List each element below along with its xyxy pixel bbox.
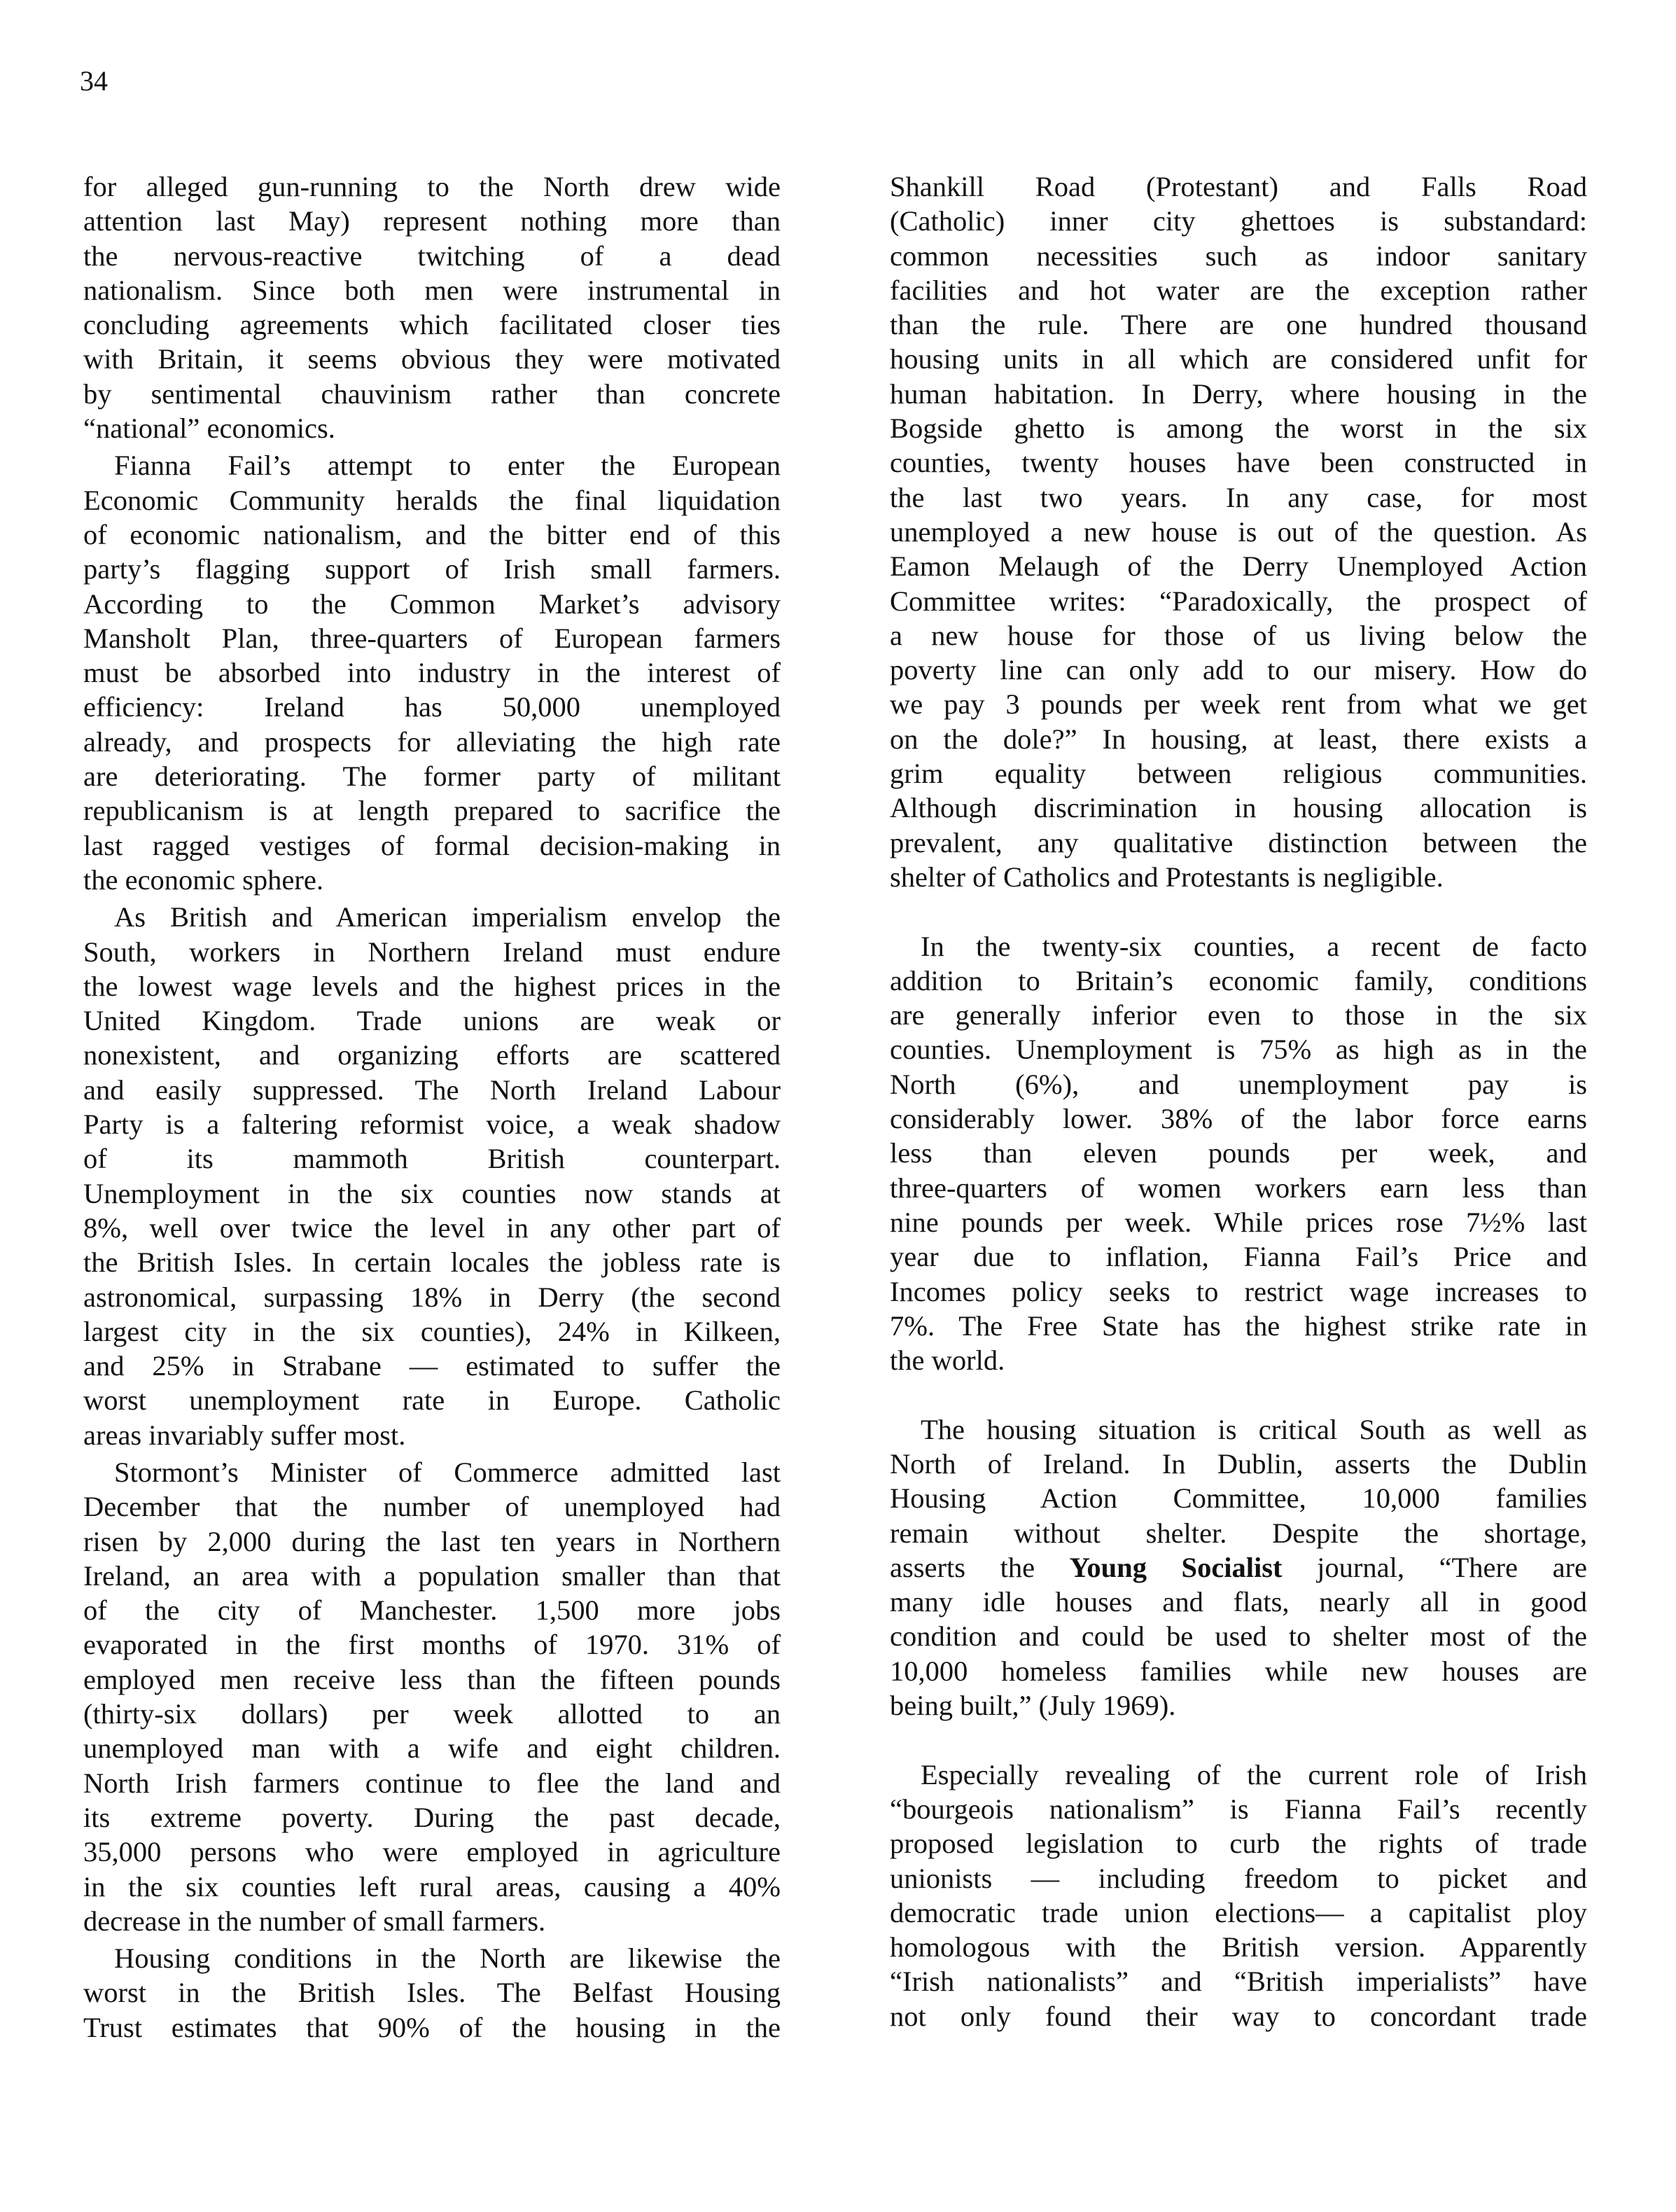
text-line: “bourgeois nationalism” is Fianna Fail’s… [890, 1792, 1587, 1826]
text-line: evaporated in the first months of 1970. … [83, 1627, 781, 1662]
text-line: Stormont’s Minister of Commerce admitted… [83, 1455, 781, 1489]
text-line: must be absorbed into industry in the in… [83, 655, 781, 690]
text-line: North (6%), and unemployment pay is [890, 1067, 1587, 1101]
text-line: are deteriorating. The former party of m… [83, 759, 781, 793]
text-line: Economic Community heralds the final liq… [83, 483, 781, 517]
text-line: shelter of Catholics and Protestants is … [890, 860, 1587, 894]
text-line: asserts the Young Socialist journal, “Th… [890, 1550, 1587, 1585]
text-line: In the twenty-six counties, a recent de … [890, 929, 1587, 964]
text-line: not only found their way to concordant t… [890, 1999, 1587, 2033]
text-line: prevalent, any qualitative distinction b… [890, 826, 1587, 860]
paragraph: The housing situation is critical South … [890, 1412, 1587, 1723]
text-line: republicanism is at length prepared to s… [83, 793, 781, 828]
text-line: worst unemployment rate in Europe. Catho… [83, 1383, 781, 1417]
text-line: the British Isles. In certain locales th… [83, 1245, 781, 1279]
text-line: by sentimental chauvinism rather than co… [83, 377, 781, 411]
text-line: nationalism. Since both men were instrum… [83, 273, 781, 307]
text-line: for alleged gun-running to the North dre… [83, 169, 781, 204]
text-line: the economic sphere. [83, 863, 781, 897]
text-line: Especially revealing of the current role… [890, 1758, 1587, 1792]
text-line: Trust estimates that 90% of the housing … [83, 2010, 781, 2045]
text-line: facilities and hot water are the excepti… [890, 273, 1587, 307]
text-line: As British and American imperialism enve… [83, 900, 781, 934]
text-line: (thirty-six dollars) per week allotted t… [83, 1697, 781, 1731]
text-line: attention last May) represent nothing mo… [83, 204, 781, 238]
text-line: nine pounds per week. While prices rose … [890, 1205, 1587, 1239]
text-line: the lowest wage levels and the highest p… [83, 969, 781, 1003]
text-line: 8%, well over twice the level in any oth… [83, 1211, 781, 1245]
paragraph: for alleged gun-running to the North dre… [83, 169, 781, 445]
text-line: 10,000 homeless families while new house… [890, 1654, 1587, 1688]
paragraph: Shankill Road (Protestant) and Falls Roa… [890, 169, 1587, 894]
text-line: According to the Common Market’s advisor… [83, 587, 781, 621]
text-line: (Catholic) inner city ghettoes is substa… [890, 204, 1587, 238]
text-line: risen by 2,000 during the last ten years… [83, 1524, 781, 1559]
text-line: nonexistent, and organizing efforts are … [83, 1038, 781, 1072]
text-line: the nervous-reactive twitching of a dead [83, 239, 781, 273]
text-line: efficiency: Ireland has 50,000 unemploye… [83, 690, 781, 724]
text-line: largest city in the six counties), 24% i… [83, 1314, 781, 1349]
text-line: 7%. The Free State has the highest strik… [890, 1309, 1587, 1343]
text-line: grim equality between religious communit… [890, 756, 1587, 791]
paragraph: Especially revealing of the current role… [890, 1758, 1587, 2033]
text-line: areas invariably suffer most. [83, 1418, 781, 1452]
text-line: counties, twenty houses have been constr… [890, 445, 1587, 480]
text-line: Party is a faltering reformist voice, a … [83, 1107, 781, 1141]
text-line: and 25% in Strabane — estimated to suffe… [83, 1349, 781, 1383]
text-line: the last two years. In any case, for mos… [890, 480, 1587, 515]
text-line: December that the number of unemployed h… [83, 1489, 781, 1524]
page-number: 34 [80, 67, 108, 95]
text-line: common necessities such as indoor sanita… [890, 239, 1587, 273]
text-line: Eamon Melaugh of the Derry Unemployed Ac… [890, 549, 1587, 583]
text-line: remain without shelter. Despite the shor… [890, 1516, 1587, 1550]
text-line: its extreme poverty. During the past dec… [83, 1800, 781, 1835]
text-line: concluding agreements which facilitated … [83, 307, 781, 342]
text-line: with Britain, it seems obvious they were… [83, 342, 781, 376]
text-line: already, and prospects for alleviating t… [83, 725, 781, 759]
text-line: in the six counties left rural areas, ca… [83, 1870, 781, 1904]
text-line: “national” economics. [83, 411, 781, 445]
right-column: Shankill Road (Protestant) and Falls Roa… [890, 169, 1587, 2033]
text-line: homologous with the British version. App… [890, 1930, 1587, 1964]
text-line: Shankill Road (Protestant) and Falls Roa… [890, 169, 1587, 204]
text-line: Housing Action Committee, 10,000 familie… [890, 1481, 1587, 1515]
text-line: and easily suppressed. The North Ireland… [83, 1073, 781, 1107]
paragraph: Fianna Fail’s attempt to enter the Europ… [83, 448, 781, 897]
text-line: we pay 3 pounds per week rent from what … [890, 687, 1587, 721]
text-line: human habitation. In Derry, where housin… [890, 377, 1587, 411]
paragraph: Housing conditions in the North are like… [83, 1941, 781, 2045]
text-line: of the city of Manchester. 1,500 more jo… [83, 1593, 781, 1627]
text-line: “Irish nationalists” and “British imperi… [890, 1964, 1587, 1998]
text-line: United Kingdom. Trade unions are weak or [83, 1003, 781, 1038]
text-segment: journal, “There are [1283, 1552, 1587, 1583]
left-column: for alleged gun-running to the North dre… [83, 169, 781, 2045]
text-line: Housing conditions in the North are like… [83, 1941, 781, 1975]
text-line: worst in the British Isles. The Belfast … [83, 1975, 781, 2010]
text-line: party’s flagging support of Irish small … [83, 552, 781, 586]
text-line: are generally inferior even to those in … [890, 998, 1587, 1032]
paragraph: Stormont’s Minister of Commerce admitted… [83, 1455, 781, 1938]
text-line: Although discrimination in housing alloc… [890, 791, 1587, 825]
text-line: than the rule. There are one hundred tho… [890, 307, 1587, 342]
text-line: condition and could be used to shelter m… [890, 1619, 1587, 1653]
text-line: of economic nationalism, and the bitter … [83, 517, 781, 552]
text-line: North Irish farmers continue to flee the… [83, 1766, 781, 1800]
text-line: last ragged vestiges of formal decision-… [83, 828, 781, 863]
text-line: addition to Britain’s economic family, c… [890, 964, 1587, 998]
publication-title: Young Socialist [1070, 1552, 1283, 1583]
text-line: North of Ireland. In Dublin, asserts the… [890, 1447, 1587, 1481]
text-line: Bogside ghetto is among the worst in the… [890, 411, 1587, 445]
text-line: 35,000 persons who were employed in agri… [83, 1835, 781, 1869]
text-line: Unemployment in the six counties now sta… [83, 1176, 781, 1211]
text-line: many idle houses and flats, nearly all i… [890, 1585, 1587, 1619]
text-line: employed men receive less than the fifte… [83, 1662, 781, 1697]
text-line: Incomes policy seeks to restrict wage in… [890, 1274, 1587, 1309]
paragraph: In the twenty-six counties, a recent de … [890, 929, 1587, 1378]
text-line: South, workers in Northern Ireland must … [83, 935, 781, 969]
text-line: poverty line can only add to our misery.… [890, 653, 1587, 687]
text-line: Ireland, an area with a population small… [83, 1559, 781, 1593]
text-line: year due to inflation, Fianna Fail’s Pri… [890, 1239, 1587, 1274]
text-line: less than eleven pounds per week, and [890, 1136, 1587, 1170]
text-line: of its mammoth British counterpart. [83, 1141, 781, 1176]
text-line: considerably lower. 38% of the labor for… [890, 1101, 1587, 1136]
text-line: Fianna Fail’s attempt to enter the Europ… [83, 448, 781, 482]
text-segment: asserts the [890, 1552, 1070, 1583]
text-line: being built,” (July 1969). [890, 1688, 1587, 1723]
text-line: unionists — including freedom to picket … [890, 1861, 1587, 1895]
text-line: unemployed a new house is out of the que… [890, 515, 1587, 549]
text-line: the world. [890, 1343, 1587, 1377]
text-line: decrease in the number of small farmers. [83, 1904, 781, 1938]
text-line: unemployed man with a wife and eight chi… [83, 1731, 781, 1765]
text-line: democratic trade union elections— a capi… [890, 1895, 1587, 1930]
text-line: three-quarters of women workers earn les… [890, 1171, 1587, 1205]
text-line: housing units in all which are considere… [890, 342, 1587, 376]
text-line: a new house for those of us living below… [890, 618, 1587, 653]
text-line: on the dole?” In housing, at least, ther… [890, 722, 1587, 756]
text-line: The housing situation is critical South … [890, 1412, 1587, 1447]
text-line: proposed legislation to curb the rights … [890, 1826, 1587, 1860]
text-line: Mansholt Plan, three-quarters of Europea… [83, 621, 781, 655]
paragraph: As British and American imperialism enve… [83, 900, 781, 1452]
text-line: astronomical, surpassing 18% in Derry (t… [83, 1280, 781, 1314]
text-line: counties. Unemployment is 75% as high as… [890, 1032, 1587, 1066]
text-line: Committee writes: “Paradoxically, the pr… [890, 584, 1587, 618]
